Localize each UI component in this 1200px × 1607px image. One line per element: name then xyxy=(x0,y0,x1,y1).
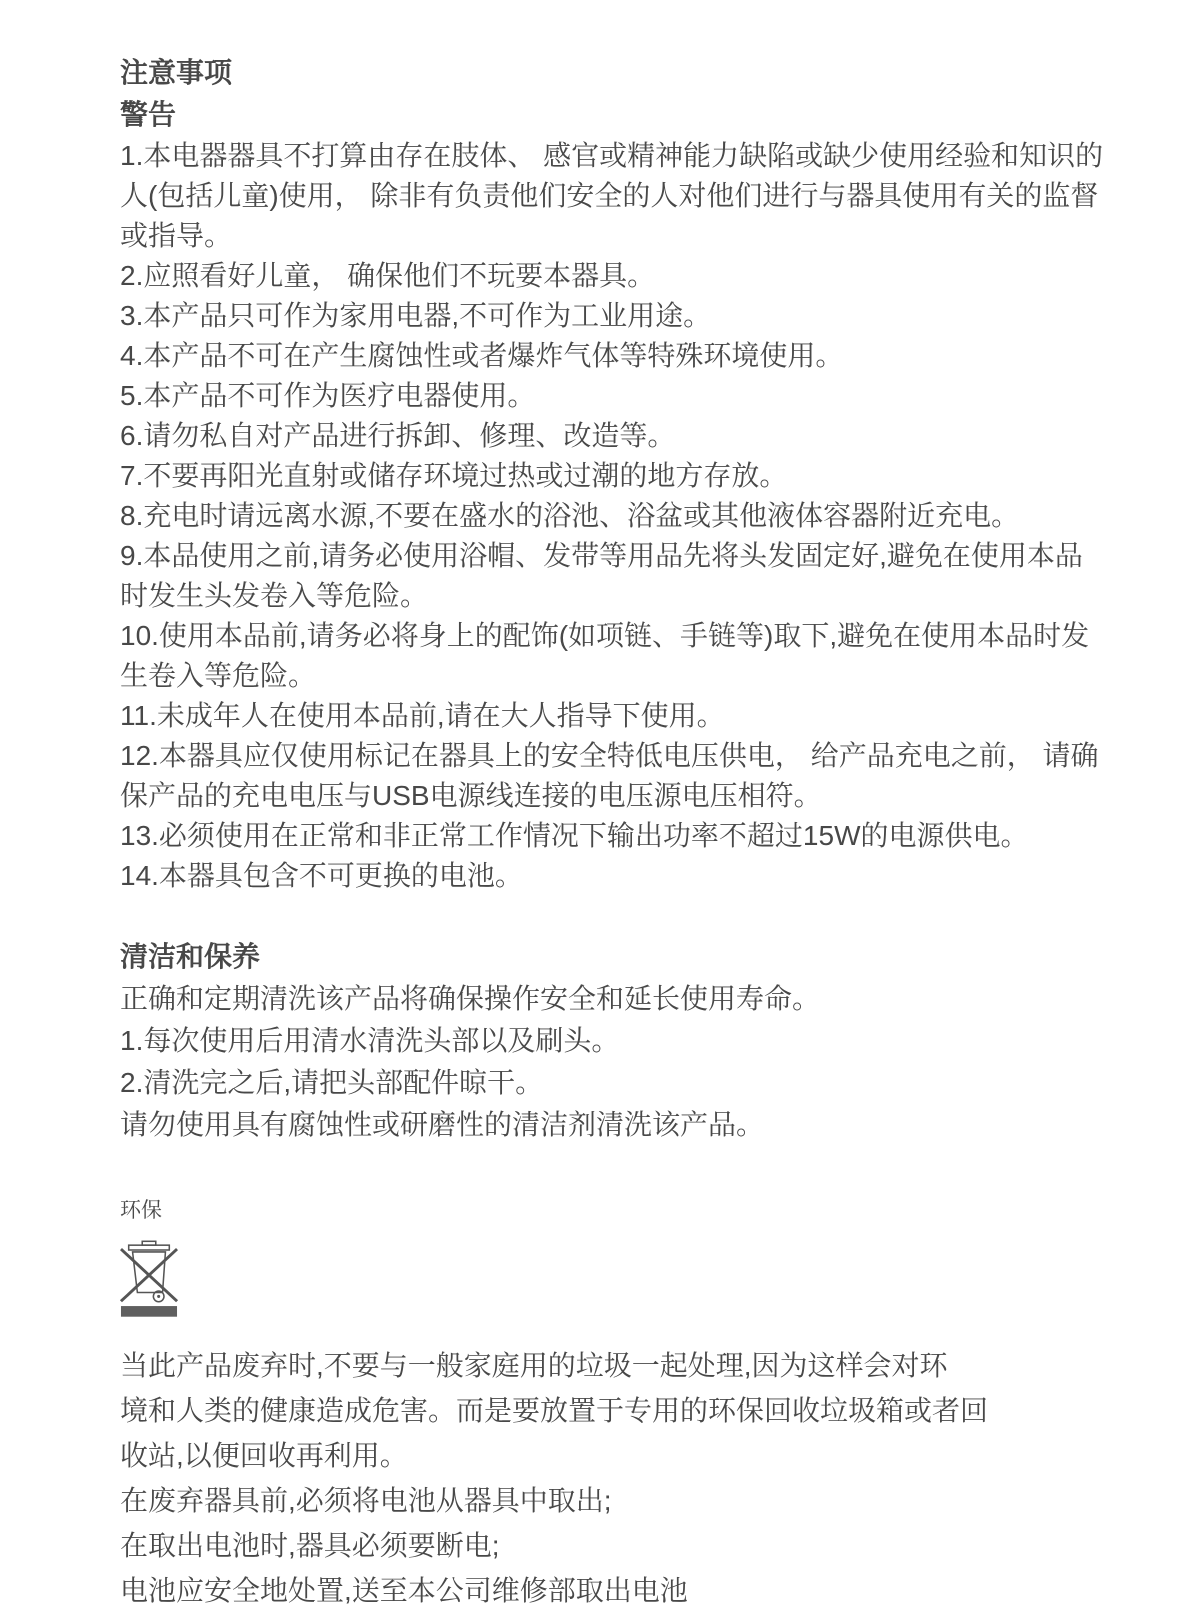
cleaning-line: 1.每次使用后用清水清洗头部以及刷头。 xyxy=(120,1020,1108,1062)
cleaning-line: 请勿使用具有腐蚀性或研磨性的清洁剂清洗该产品。 xyxy=(120,1104,1108,1146)
warning-item: 9.本品使用之前,请务必使用浴帽、发带等用品先将头发固定好,避免在使用本品 时发… xyxy=(120,536,1108,616)
warning-item: 6.请勿私自对产品进行拆卸、修理、改造等。 xyxy=(120,416,1108,456)
environment-line: 在取出电池时,器具必须要断电; xyxy=(120,1523,1108,1568)
weee-crossed-out-wheeled-bin-icon xyxy=(120,1240,178,1318)
environment-heading: 环保 xyxy=(120,1196,1108,1226)
cleaning-heading: 清洁和保养 xyxy=(120,936,1108,978)
environment-paragraph: 当此产品废弃时,不要与一般家庭用的垃圾一起处理,因为这样会对环 境和人类的健康造… xyxy=(120,1343,1108,1607)
cleaning-line: 2.清洗完之后,请把头部配件晾干。 xyxy=(120,1062,1108,1104)
warning-item: 5.本产品不可作为医疗电器使用。 xyxy=(120,376,1108,416)
warning-item: 14.本器具包含不可更换的电池。 xyxy=(120,856,1108,896)
page-title: 注意事项 xyxy=(120,52,1108,94)
warning-item: 12.本器具应仅使用标记在器具上的安全特低电压供电， 给产品充电之前， 请确 保… xyxy=(120,736,1108,816)
warning-item: 1.本电器器具不打算由存在肢体、 感官或精神能力缺陷或缺少使用经验和知识的 人(… xyxy=(120,136,1108,256)
warning-item: 7.不要再阳光直射或储存环境过热或过潮的地方存放。 xyxy=(120,456,1108,496)
warning-item: 3.本产品只可作为家用电器,不可作为工业用途。 xyxy=(120,296,1108,336)
warning-heading: 警告 xyxy=(120,94,1108,136)
warning-item: 10.使用本品前,请务必将身上的配饰(如项链、手链等)取下,避免在使用本品时发 … xyxy=(120,616,1108,696)
warning-section: 警告 1.本电器器具不打算由存在肢体、 感官或精神能力缺陷或缺少使用经验和知识的… xyxy=(120,94,1108,896)
environment-line: 在废弃器具前,必须将电池从器具中取出; xyxy=(120,1478,1108,1523)
manual-page: 注意事项 警告 1.本电器器具不打算由存在肢体、 感官或精神能力缺陷或缺少使用经… xyxy=(0,0,1200,1607)
cleaning-line: 正确和定期清洗该产品将确保操作安全和延长使用寿命。 xyxy=(120,978,1108,1020)
warning-item: 2.应照看好儿童， 确保他们不玩要本器具。 xyxy=(120,256,1108,296)
warning-item: 8.充电时请远离水源,不要在盛水的浴池、浴盆或其他液体容器附近充电。 xyxy=(120,496,1108,536)
cleaning-section: 清洁和保养 正确和定期清洗该产品将确保操作安全和延长使用寿命。 1.每次使用后用… xyxy=(120,936,1108,1146)
environment-line: 收站,以便回收再利用。 xyxy=(120,1433,1108,1478)
environment-line: 电池应安全地处置,送至本公司维修部取出电池 xyxy=(120,1568,1108,1607)
warning-item: 4.本产品不可在产生腐蚀性或者爆炸气体等特殊环境使用。 xyxy=(120,336,1108,376)
warning-item: 11.未成年人在使用本品前,请在大人指导下使用。 xyxy=(120,696,1108,736)
environment-section: 环保 当此产品废弃时,不要与一般家庭用的垃圾一起处理,因为这样会对环 境和人类的… xyxy=(120,1196,1108,1607)
warning-item: 13.必须使用在正常和非正常工作情况下输出功率不超过15W的电源供电。 xyxy=(120,816,1108,856)
environment-line: 境和人类的健康造成危害。而是要放置于专用的环保回收垃圾箱或者回 xyxy=(120,1388,1108,1433)
environment-line: 当此产品废弃时,不要与一般家庭用的垃圾一起处理,因为这样会对环 xyxy=(120,1343,1108,1388)
